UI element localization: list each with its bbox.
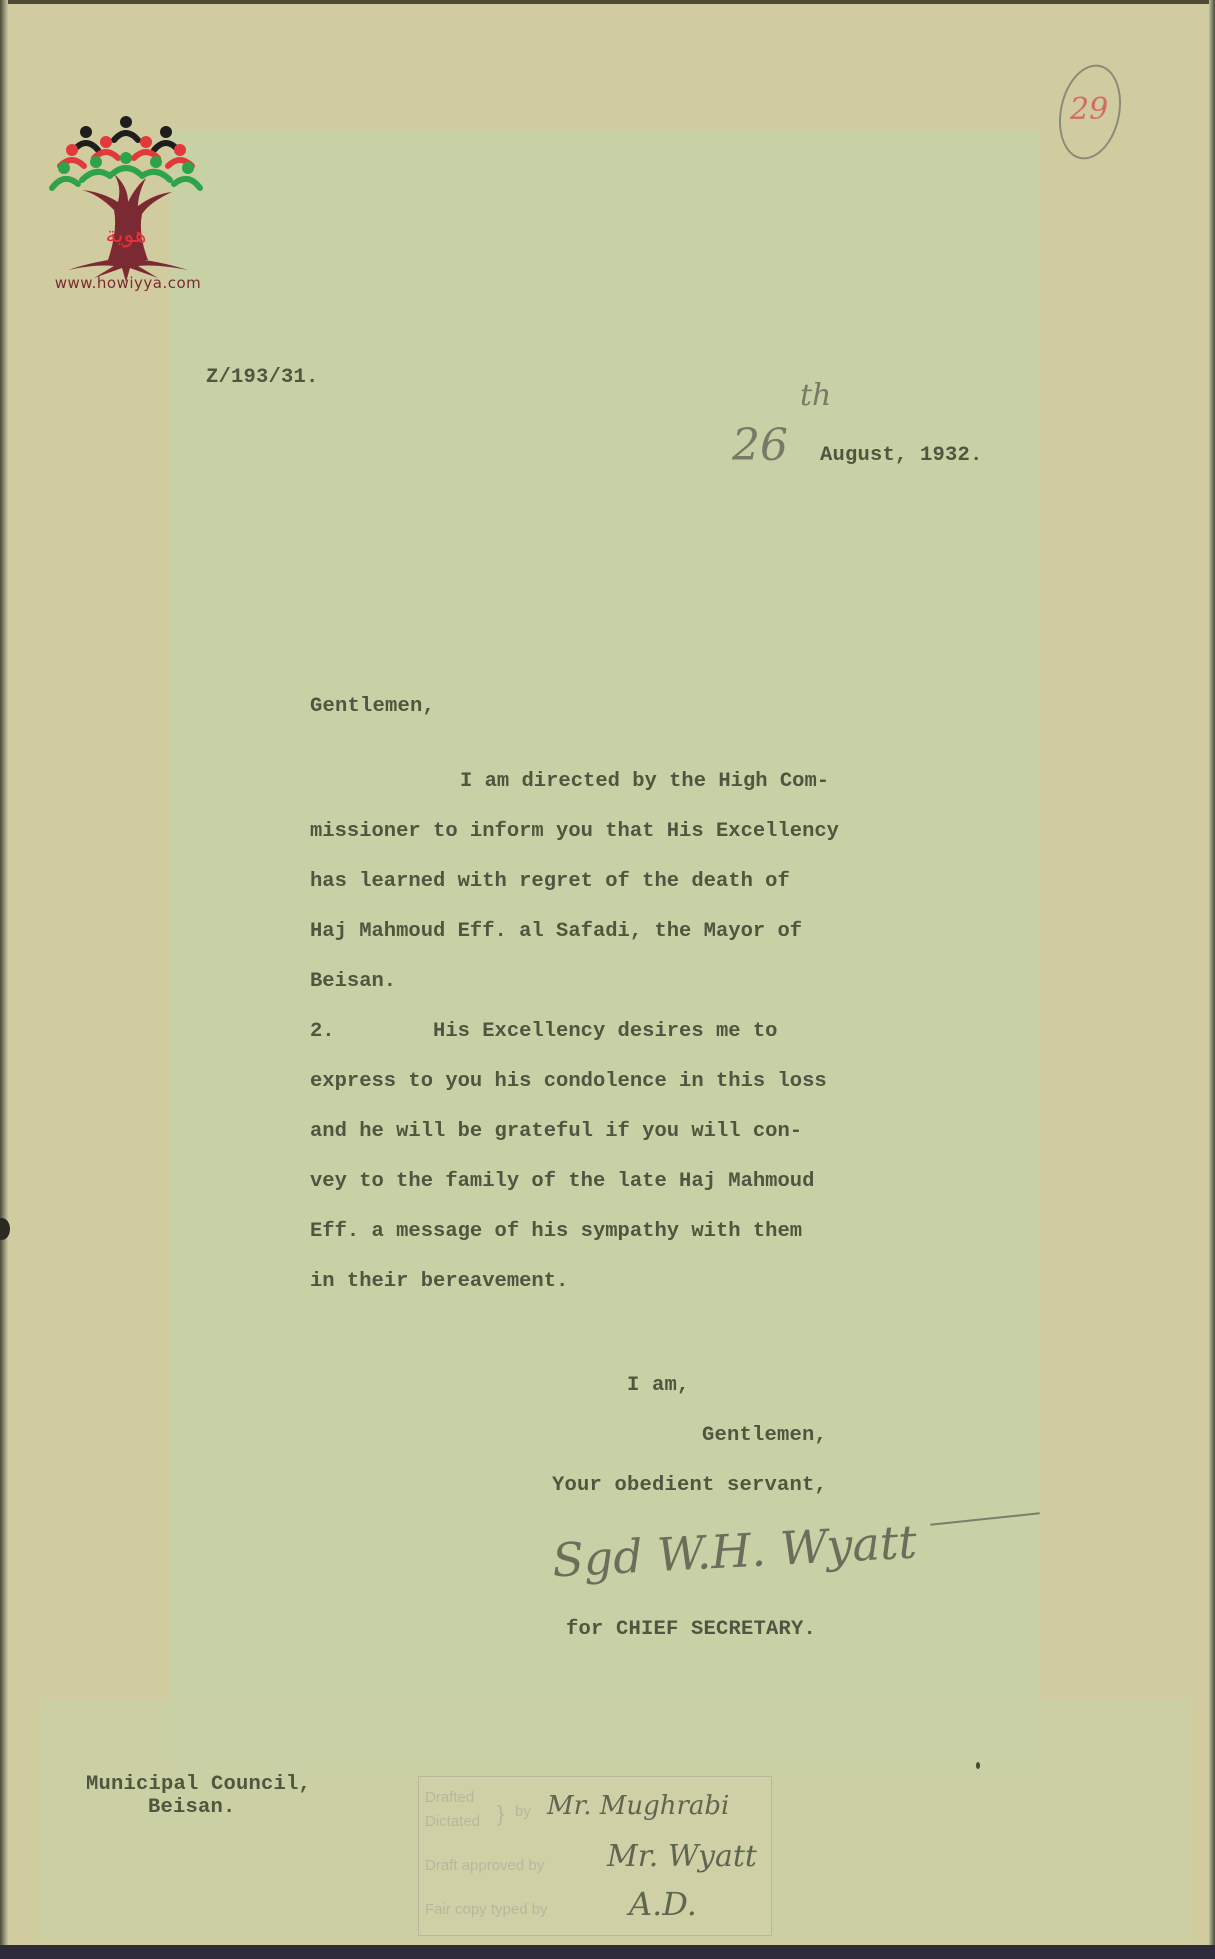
scan-edge-right xyxy=(1209,0,1215,1959)
salutation: Gentlemen, xyxy=(310,695,435,718)
file-reference: Z/193/31. xyxy=(206,366,319,389)
signatory-title: for CHIEF SECRETARY. xyxy=(566,1618,816,1641)
document-page: هوية www.howiyya.com 29 Z/193/31. 26 th … xyxy=(0,0,1215,1959)
howiyya-arabic-text: هوية xyxy=(106,223,147,248)
body-line: vey to the family of the late Haj Mahmou… xyxy=(310,1170,814,1193)
draft-approved-by: Mr. Wyatt xyxy=(607,1839,757,1874)
fair-copy-by: A.D. xyxy=(629,1885,697,1923)
date-suffix-handwritten: th xyxy=(800,378,831,413)
body-line: express to you his condolence in this lo… xyxy=(310,1070,827,1093)
closing-obedient-servant: Your obedient servant, xyxy=(552,1474,827,1497)
body-line: 2. His Excellency desires me to xyxy=(310,1020,777,1043)
dictated-label: Dictated xyxy=(425,1813,480,1830)
scan-edge-top xyxy=(0,0,1215,4)
letter-date: August, 1932. xyxy=(820,444,983,467)
draft-approved-label: Draft approved by xyxy=(425,1857,544,1874)
closing-gentlemen: Gentlemen, xyxy=(702,1424,827,1447)
folio-number: 29 xyxy=(1070,92,1108,127)
body-line: Eff. a message of his sympathy with them xyxy=(310,1220,802,1243)
body-line: has learned with regret of the death of xyxy=(310,870,790,893)
body-line: Haj Mahmoud Eff. al Safadi, the Mayor of xyxy=(310,920,802,943)
scan-edge-left xyxy=(0,0,8,1959)
punch-hole xyxy=(0,1218,10,1240)
body-line: missioner to inform you that His Excelle… xyxy=(310,820,839,843)
scan-edge-bottom xyxy=(0,1945,1215,1959)
addressee-line-1: Municipal Council, xyxy=(86,1773,311,1796)
closing-i-am: I am, xyxy=(627,1374,690,1397)
ink-speck xyxy=(976,1762,980,1769)
brace-icon: } xyxy=(497,1801,504,1827)
body-line: I am directed by the High Com- xyxy=(460,770,829,793)
body-line: and he will be grateful if you will con- xyxy=(310,1120,802,1143)
date-day-handwritten: 26 xyxy=(732,420,788,471)
drafted-by: Mr. Mughrabi xyxy=(547,1791,729,1821)
body-line: in their bereavement. xyxy=(310,1270,568,1293)
addressee-line-2: Beisan. xyxy=(148,1796,236,1819)
drafted-label: Drafted xyxy=(425,1789,474,1806)
office-routing-stamp: Drafted Dictated } by Mr. Mughrabi Draft… xyxy=(418,1776,772,1936)
by-label: by xyxy=(515,1803,531,1820)
watermark-url: www.howiyya.com xyxy=(38,274,218,292)
body-line: Beisan. xyxy=(310,970,396,993)
howiyya-logo-icon: هوية xyxy=(38,100,218,300)
fair-copy-label: Fair copy typed by xyxy=(425,1901,548,1918)
